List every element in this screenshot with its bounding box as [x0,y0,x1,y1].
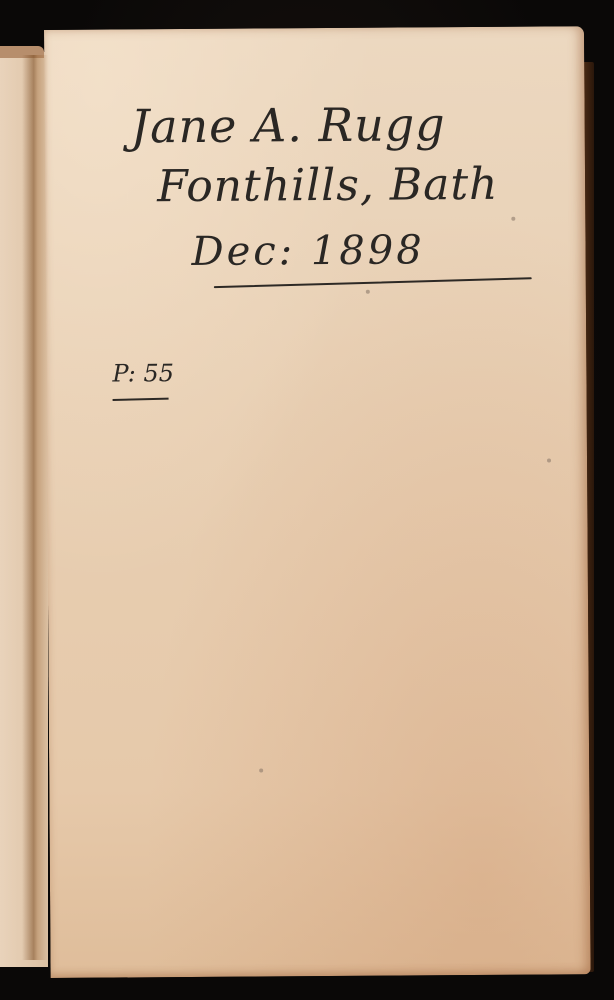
foxing-spot [547,458,551,462]
foxing-spot [366,290,370,294]
flyleaf-page: Jane A. Rugg Fonthills, Bath Dec: 1898 P… [44,26,591,978]
inscription-underline [214,277,532,288]
spine-gutter [22,55,48,960]
page-reference-note: P: 55 [112,359,174,387]
foxing-spot [511,217,515,221]
inscription-location: Fonthills, Bath [157,159,499,212]
foxing-spot [259,768,263,772]
page-reference-underline [113,398,169,401]
inscription-name: Jane A. Rugg [130,97,445,153]
inscription-date: Dec: 1898 [191,227,424,275]
